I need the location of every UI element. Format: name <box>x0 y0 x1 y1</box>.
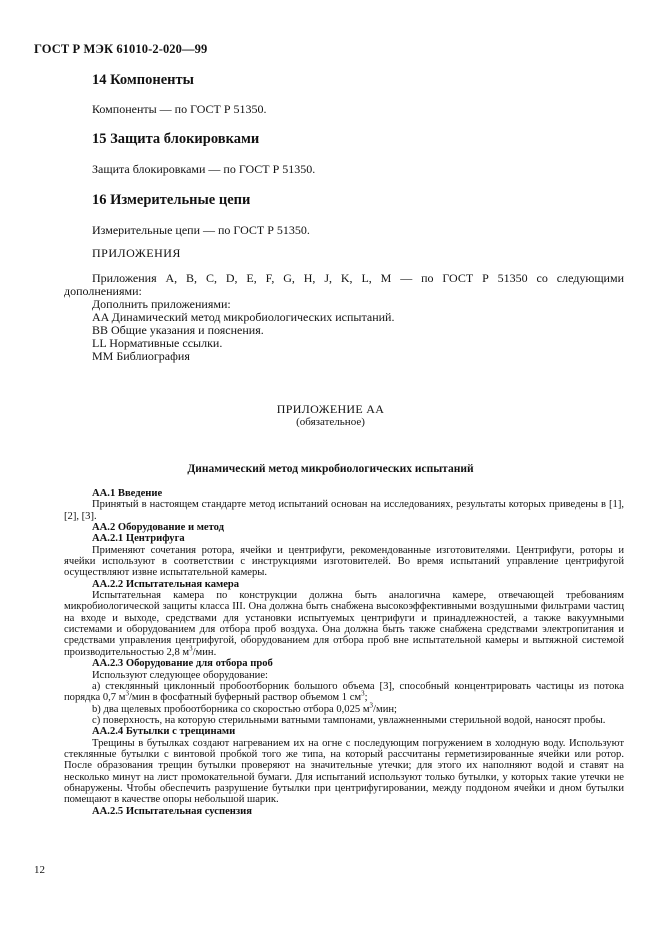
aa22-text: Испытательная камера по конструкции долж… <box>64 590 624 658</box>
aa21-title: AA.2.1 Центрифуга <box>64 533 624 544</box>
aa21-text: Применяют сочетания ротора, ячейки и цен… <box>64 545 624 579</box>
annex-heading: Динамический метод микробиологических ис… <box>0 463 661 475</box>
appendices-block: Приложения A, B, C, D, E, F, G, H, J, K,… <box>64 272 624 363</box>
appendices-intro: Приложения A, B, C, D, E, F, G, H, J, K,… <box>64 272 624 298</box>
aa22-title: AA.2.2 Испытательная камера <box>64 579 624 590</box>
aa2-title: AA.2 Оборудование и метод <box>64 522 624 533</box>
item-a-text-end: ; <box>365 692 368 703</box>
aa23-title: AA.2.3 Оборудование для отбора проб <box>64 658 624 669</box>
appendix-item-mm: MM Библиография <box>64 350 624 363</box>
aa1-text: Принятый в настоящем стандарте метод исп… <box>64 499 624 522</box>
section-16-body: Измерительные цепи — по ГОСТ Р 51350. <box>92 223 310 238</box>
page-number: 12 <box>34 864 45 876</box>
annex-status: (обязательное) <box>0 416 661 428</box>
aa23-intro: Используют следующее оборудование: <box>64 670 624 681</box>
item-a-text-mid: /мин в фосфатный буферный раствор объемо… <box>129 692 361 703</box>
aa1-title: AA.1 Введение <box>64 488 624 499</box>
section-14-title: 14 Компоненты <box>92 72 194 89</box>
aa23-item-a: а) стеклянный циклонный пробоотборник бо… <box>64 681 624 704</box>
section-15-body: Защита блокировками — по ГОСТ Р 51350. <box>92 162 315 177</box>
aa23-item-c: с) поверхность, на которую стерильными в… <box>64 715 624 726</box>
section-16-title: 16 Измерительные цепи <box>92 192 250 209</box>
aa24-title: AA.2.4 Бутылки с трещинами <box>64 726 624 737</box>
aa24-text: Трещины в бутылках создают нагреванием и… <box>64 738 624 806</box>
item-b-text-end: /мин; <box>373 704 397 715</box>
aa22-text-unit: /мин. <box>193 647 217 658</box>
document-code-header: ГОСТ Р МЭК 61010-2-020—99 <box>34 42 207 57</box>
aa25-title: AA.2.5 Испытательная суспензия <box>64 806 624 817</box>
aa22-text-main: Испытательная камера по конструкции долж… <box>64 590 624 658</box>
appendices-heading: ПРИЛОЖЕНИЯ <box>92 246 181 261</box>
annex-title: ПРИЛОЖЕНИЕ AA <box>0 402 661 417</box>
section-14-body: Компоненты — по ГОСТ Р 51350. <box>92 102 267 117</box>
annex-body: AA.1 Введение Принятый в настоящем станд… <box>64 488 624 817</box>
item-b-text: b) два щелевых пробоотборника со скорост… <box>92 704 370 715</box>
aa23-item-b: b) два щелевых пробоотборника со скорост… <box>64 704 624 715</box>
section-15-title: 15 Защита блокировками <box>92 131 259 148</box>
